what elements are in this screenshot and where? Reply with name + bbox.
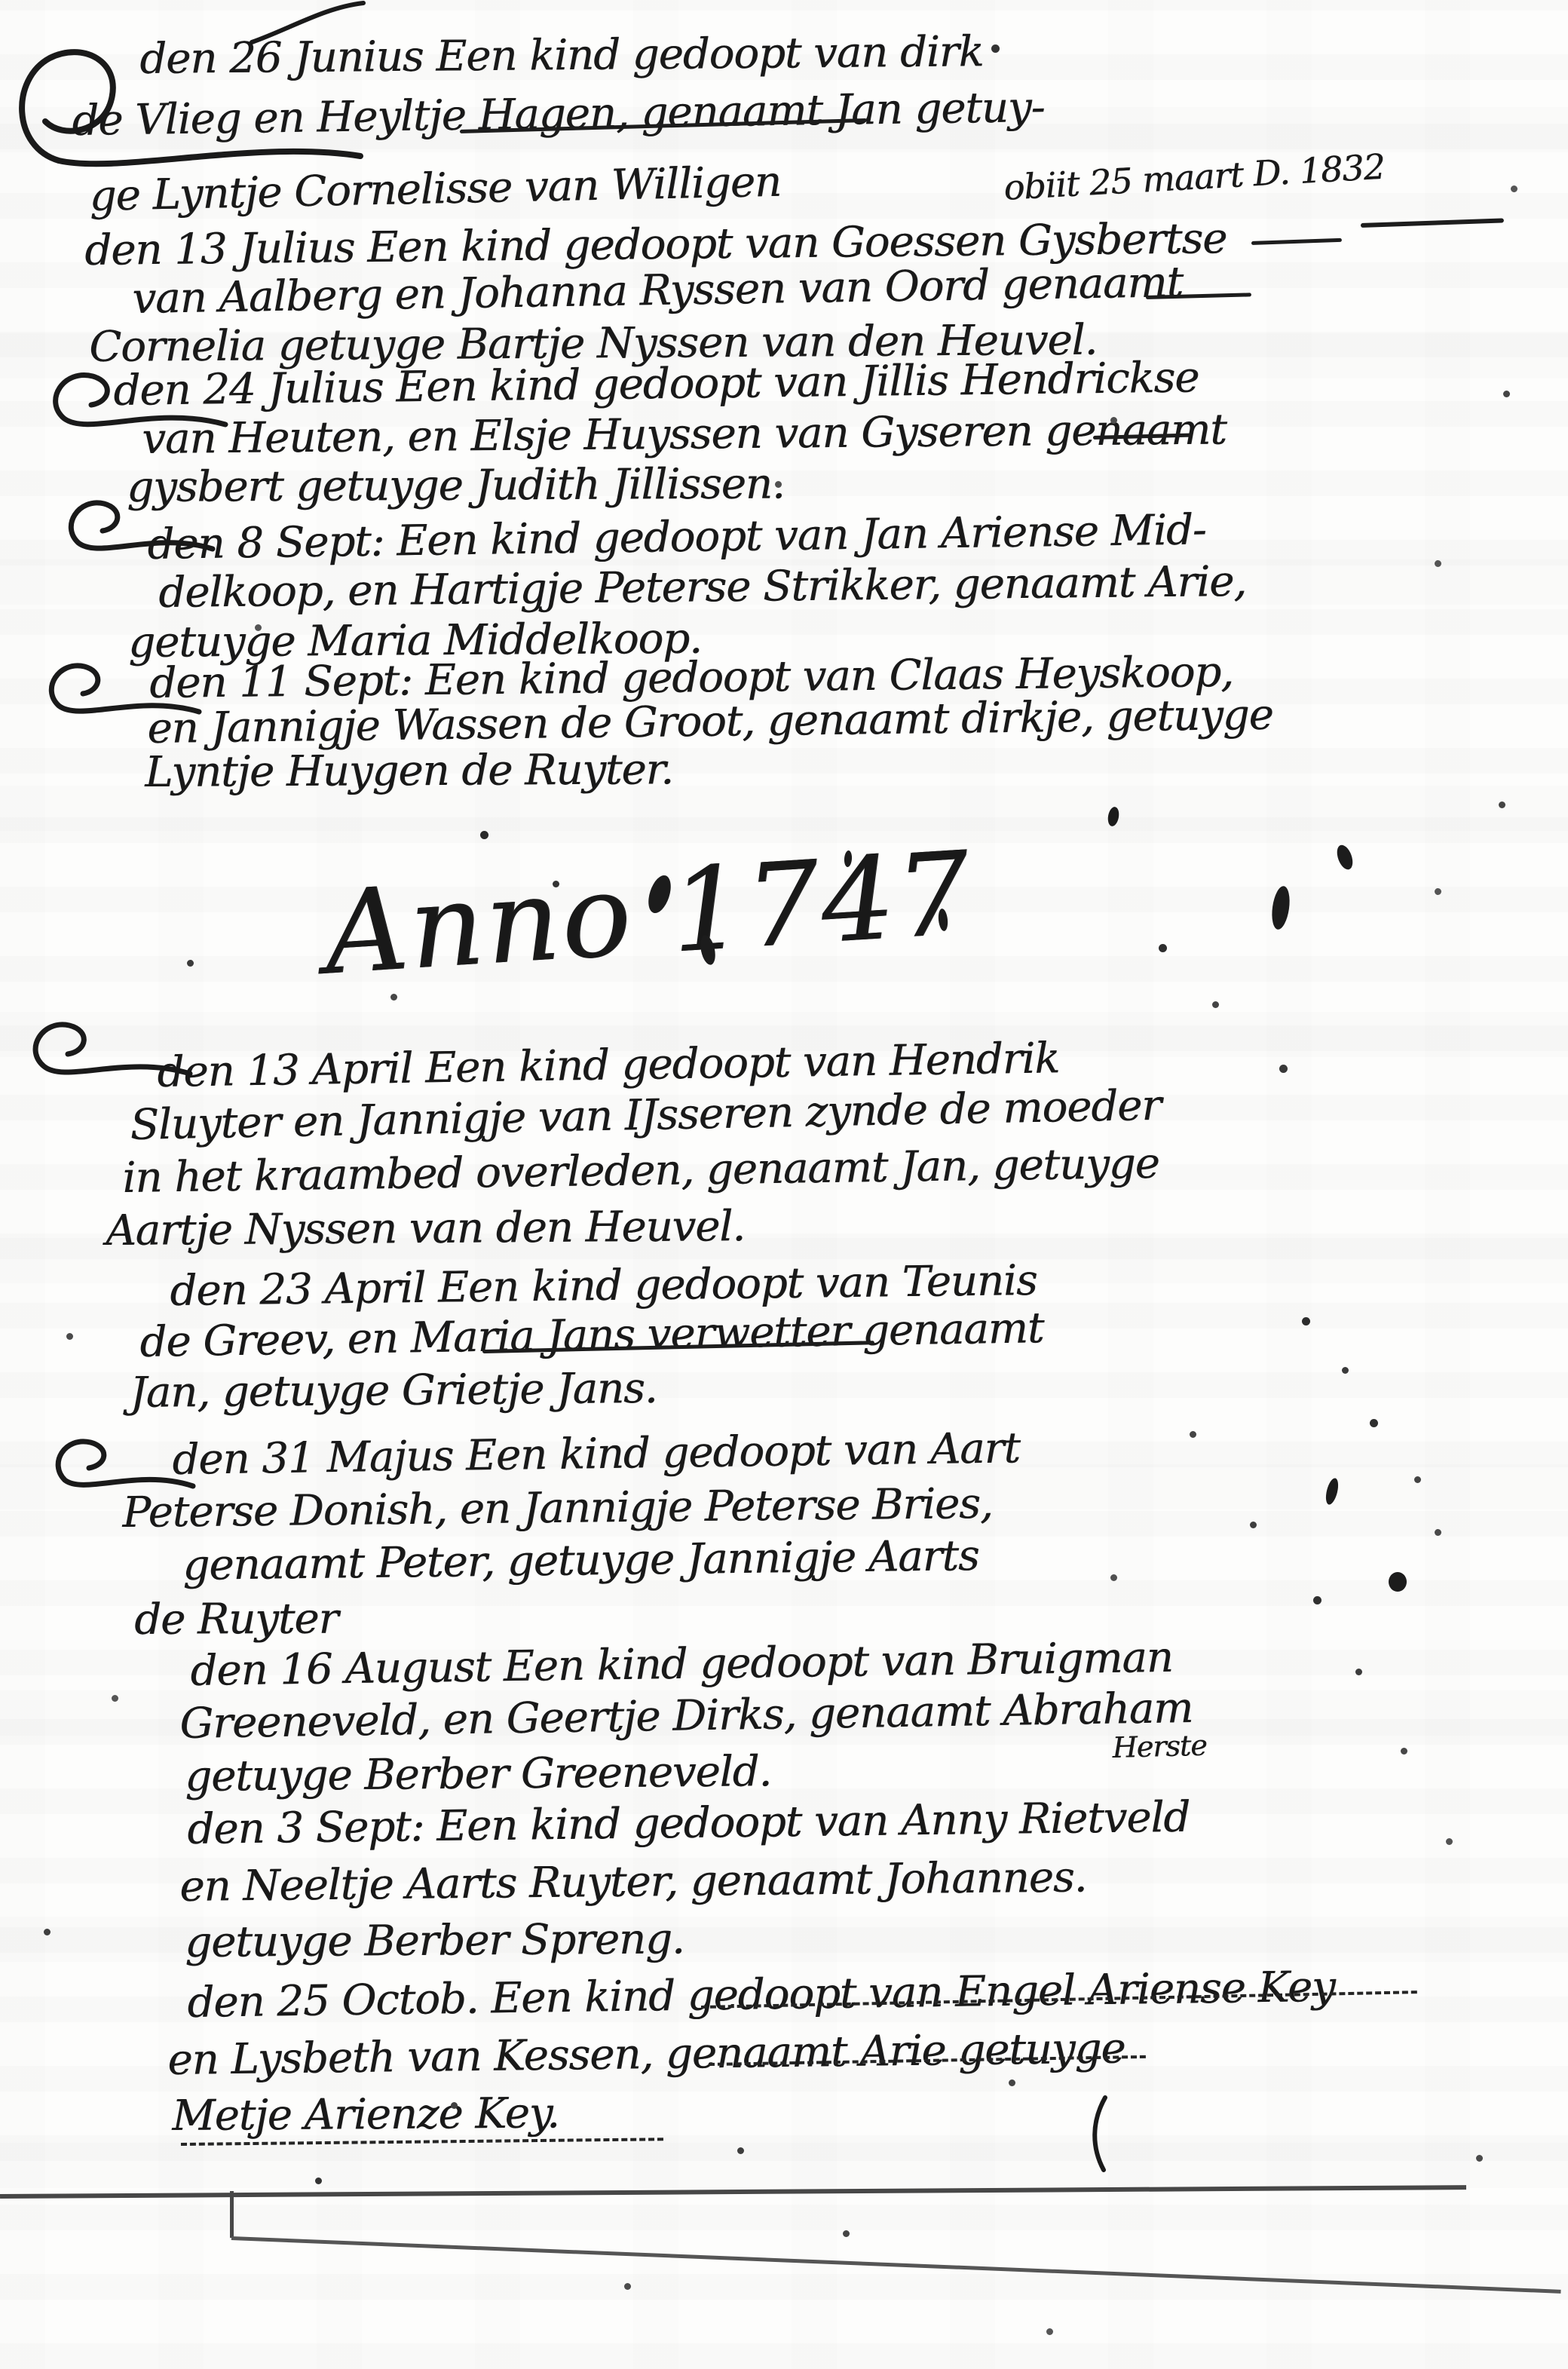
entry-10-line-1: den 3 Sept: Een kind gedoopt van Anny Ri… bbox=[187, 1793, 1190, 1854]
ink-specks bbox=[0, 0, 4, 4]
entry-3-line-3: gysbert getuyge Judith Jillissen. bbox=[127, 459, 785, 512]
manuscript-page: den 26 Junius Een kind gedoopt van dirk … bbox=[0, 0, 1568, 2369]
entry-11-line-1: den 25 Octob. Een kind gedoopt van Engel… bbox=[187, 1963, 1335, 2027]
entry-1-line-1: den 26 Junius Een kind gedoopt van dirk bbox=[139, 27, 984, 84]
scan-edge-line bbox=[231, 2236, 1561, 2294]
entry-7-line-3: Jan, getuyge Grietje Jans. bbox=[130, 1364, 657, 1417]
ink-blot bbox=[1389, 1572, 1407, 1592]
entry-8-line-1: den 31 Majus Een kind gedoopt van Aart bbox=[172, 1424, 1020, 1485]
year-heading: Anno 1747 bbox=[320, 826, 975, 1001]
scan-edge-line bbox=[230, 2191, 234, 2238]
scan-edge-line bbox=[0, 2185, 1466, 2199]
entry-10-line-3: getuyge Berber Spreng. bbox=[185, 1914, 684, 1967]
obiit-marginal-note: obiit 25 maart D. 1832 bbox=[1003, 146, 1386, 208]
entry-11-line-3: Metje Arienze Key. bbox=[172, 2089, 559, 2141]
entry-10-line-2: en Neeltje Aarts Ruyter, genaamt Johanne… bbox=[179, 1853, 1087, 1911]
ink-blot bbox=[1334, 843, 1356, 872]
entry-9-line-3: getuyge Berber Greeneveld. bbox=[185, 1747, 771, 1801]
entry-5-line-3: Lyntje Huygen de Ruyter. bbox=[145, 745, 673, 797]
entry-6-line-3: in het kraambed overleden, genaamt Jan, … bbox=[122, 1139, 1159, 1203]
entry-6-line-4: Aartje Nyssen van den Heuvel. bbox=[106, 1202, 745, 1255]
underline-1832-stroke bbox=[1361, 218, 1504, 228]
entry-11-line-2: en Lysbeth van Kessen, genaamt Arie getu… bbox=[167, 2024, 1125, 2085]
bottom-pen-mark-icon bbox=[1086, 2095, 1116, 2174]
entry-8-line-2: Peterse Donish, en Jannigje Peterse Brie… bbox=[122, 1479, 993, 1537]
entry-3-line-2: van Heuten, en Elsje Huyssen van Gyseren… bbox=[142, 405, 1227, 464]
entry-8-line-3: genaamt Peter, getuyge Jannigje Aarts bbox=[182, 1531, 979, 1590]
interlinear-note: Herste bbox=[1112, 1729, 1207, 1764]
ink-blot bbox=[1269, 885, 1292, 930]
ink-blot bbox=[1107, 806, 1120, 827]
entry-8-line-4: de Ruyter bbox=[134, 1595, 338, 1644]
ink-blot bbox=[1324, 1477, 1340, 1506]
underline-dash-stroke bbox=[1251, 238, 1342, 245]
entry-4-line-2: delkoop, en Hartigje Peterse Strikker, g… bbox=[158, 557, 1246, 618]
